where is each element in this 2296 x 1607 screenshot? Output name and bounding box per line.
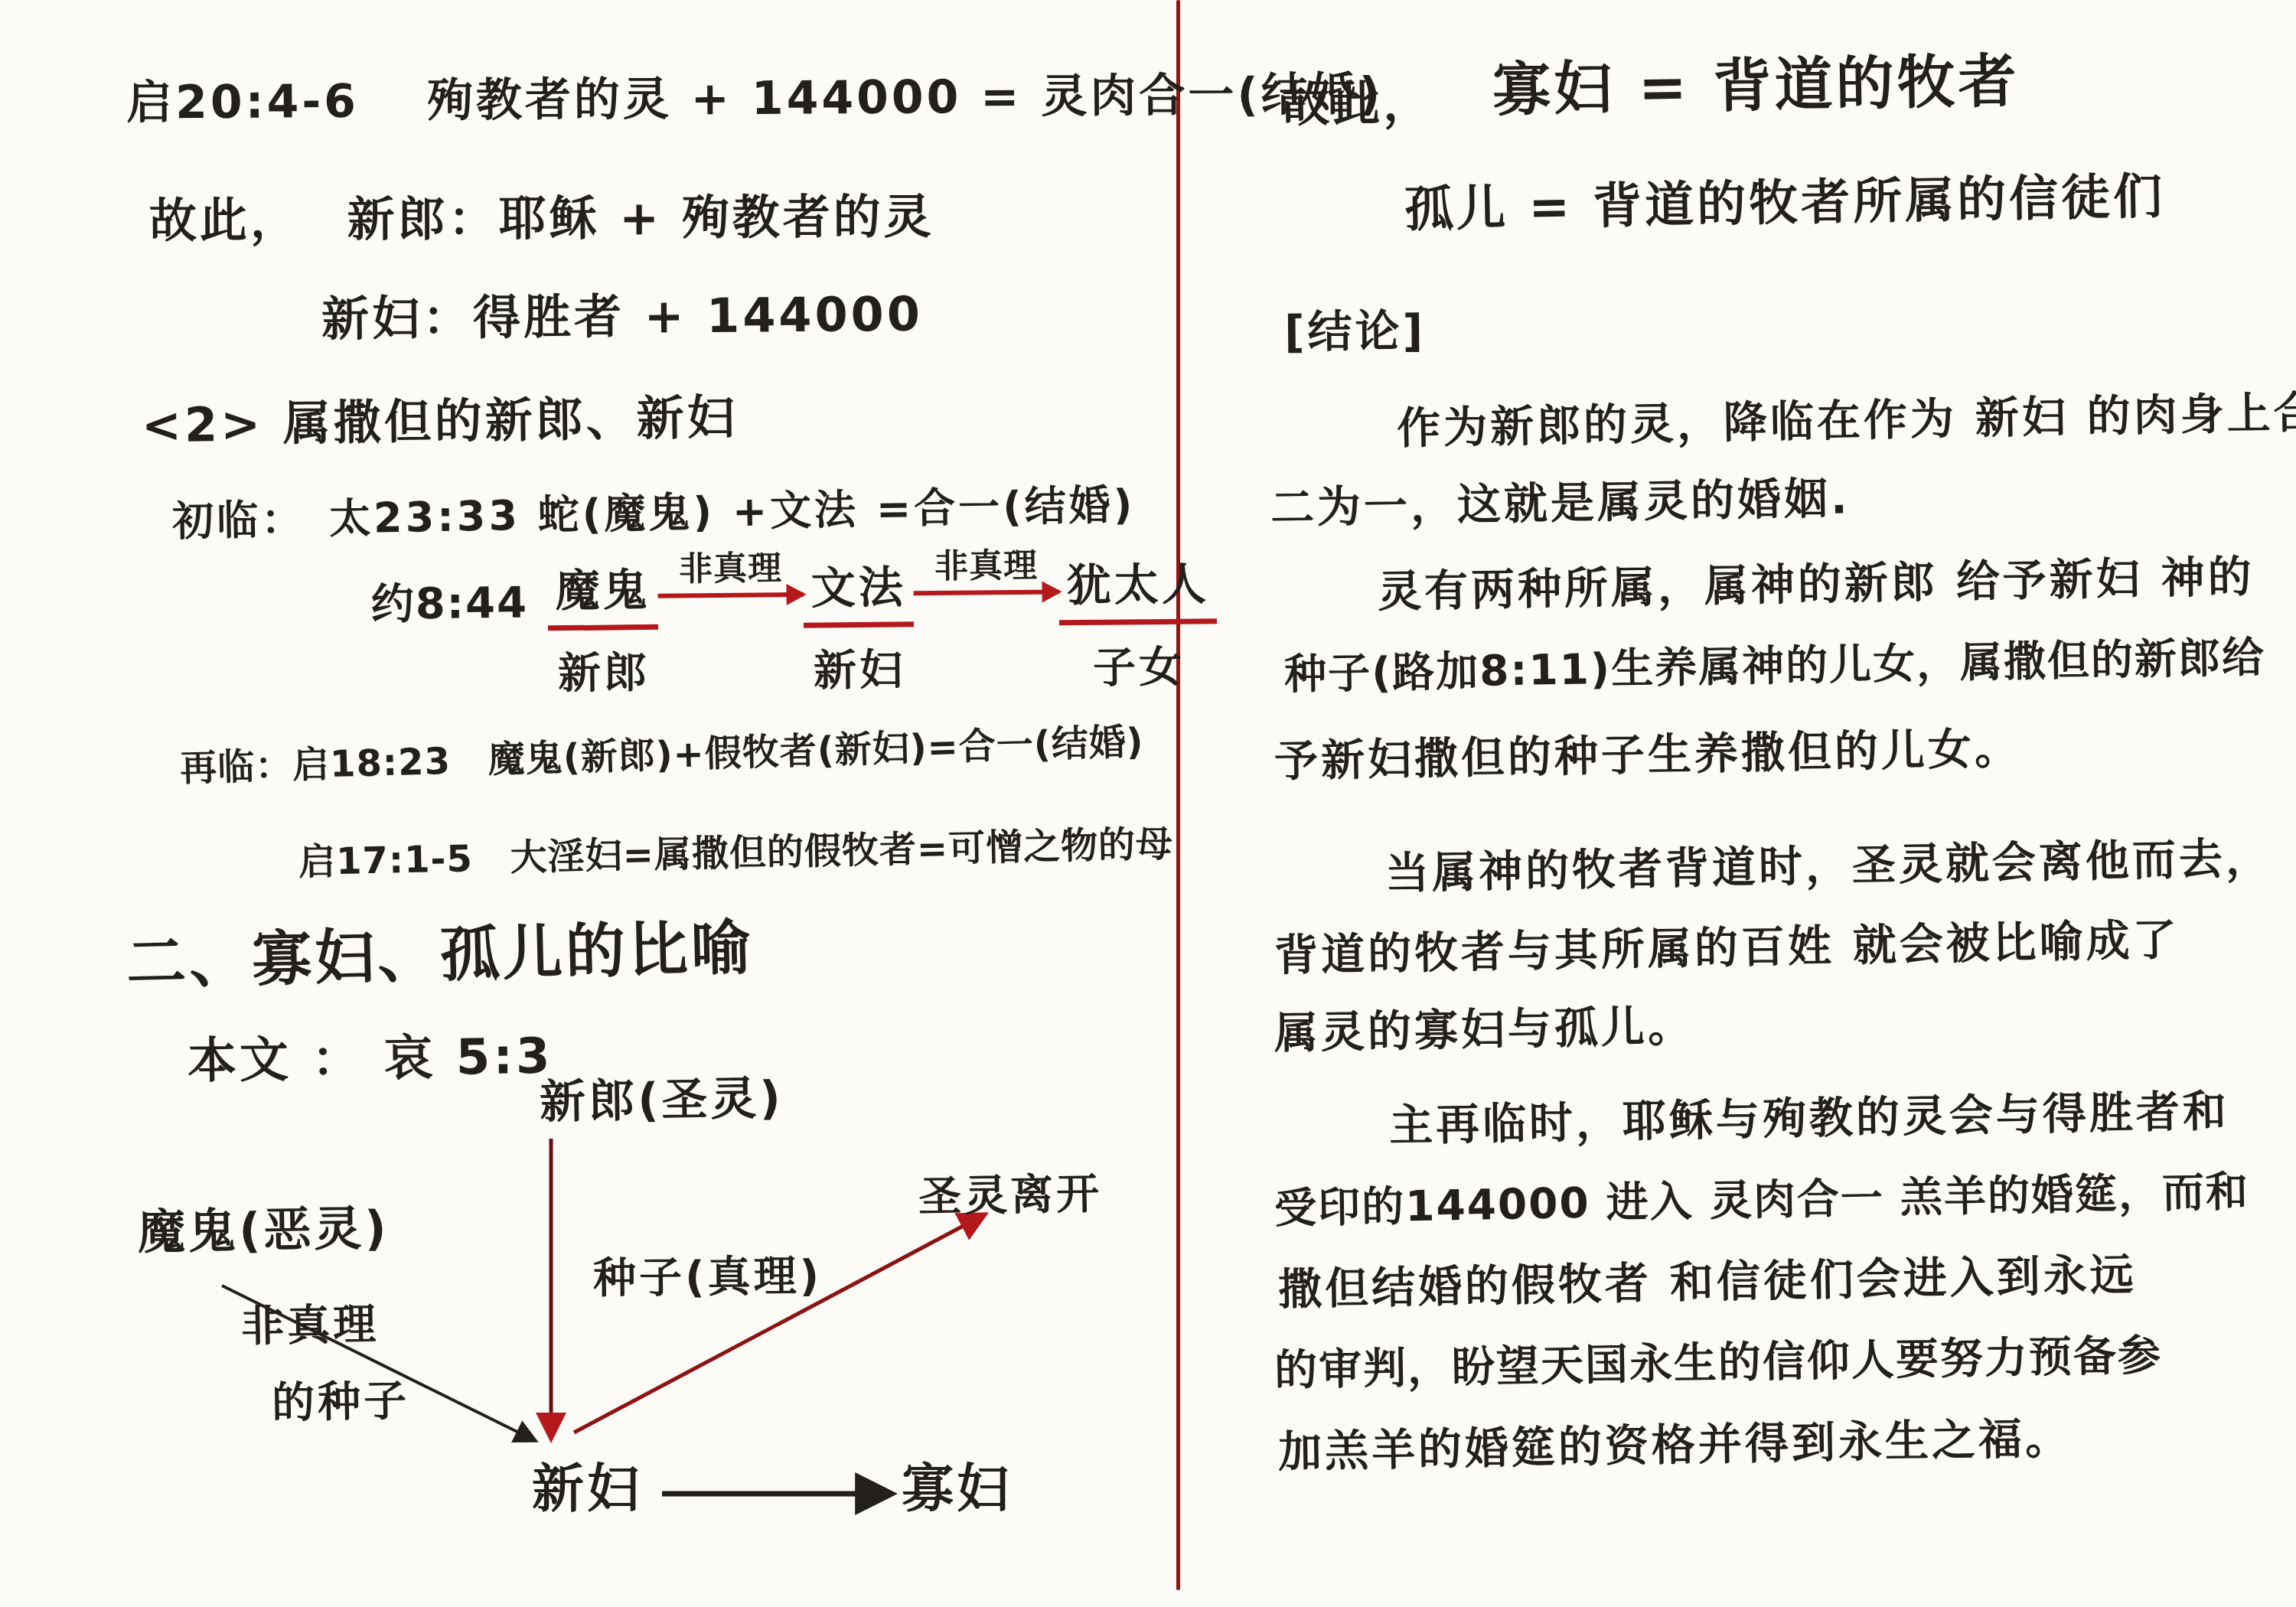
diagram-seed-truth-label: 种子(真理) [593, 1242, 823, 1305]
paragraph-line: 主再临时，耶稣与殉教的灵会与得胜者和 [1389, 1087, 2230, 1152]
conclusion-label: [结论] [1284, 305, 1427, 357]
right-arrow-icon [658, 592, 804, 598]
diagram-non-truth-label-1: 非真理 [240, 1290, 379, 1354]
handwritten-notes-page: 启20:4-6 殉教者的灵 + 144000 = 灵肉合一(结婚) 故此， 新郎… [0, 0, 2296, 1607]
paragraph-line: 二为一，这就是属灵的婚姻. [1270, 474, 1851, 534]
bride-widow-diagram: 新郎(圣灵) 魔鬼(恶灵) 种子(真理) 非真理 的种子 圣灵离开 新妇 寡妇 [115, 1056, 1179, 1599]
conclusion-orphan-equation: 孤儿 = 背道的牧者所属的信徒们 [1404, 169, 2165, 239]
flow-node-devil: 魔鬼 新郎 [547, 554, 659, 701]
flow-children-label: 子女 [1092, 624, 1185, 696]
flow-jews-label: 犹太人 [1058, 548, 1217, 625]
flow-bridegroom-label: 新郎 [557, 630, 650, 701]
paragraph-line: 灵有两种所属，属神的新郎 给予新妇 神的 [1378, 553, 2255, 618]
flow-scribes-label: 文法 [803, 551, 914, 628]
note-line-second-coming: 再临：启18:23 魔鬼(新郎)+假牧者(新妇)=合一(结婚) [179, 721, 1144, 790]
diagram-non-truth-label-2: 的种子 [271, 1367, 409, 1430]
section2-heading: 二、寡妇、孤儿的比喻 [126, 914, 755, 999]
flow-arrow-1: 非真理 [658, 592, 804, 598]
paragraph-line: 受印的144000 进入 灵肉合一 羔羊的婚筵，而和 [1274, 1168, 2250, 1233]
flow-node-scribes: 文法 新妇 [803, 551, 915, 698]
flow-arrow-2-label: 非真理 [913, 537, 1059, 588]
note-line-bride: 新妇：得胜者 + 144000 [321, 287, 924, 347]
paragraph-line: 作为新郎的灵，降临在作为 新妇 的肉身上合 [1397, 388, 2296, 455]
note-line-first-coming: 初临： 太23:33 蛇(魔鬼) +文法 =合一(结婚) [172, 481, 1136, 546]
note-line-therefore-bridegroom: 故此， 新郎：耶稣 + 殉教者的灵 [149, 189, 934, 248]
conclusion-therefore: 故此， [1281, 75, 1433, 132]
diagram-devil-label: 魔鬼(恶灵) [137, 1190, 390, 1263]
paragraph-line: 的审判，盼望天国永生的信仰人要努力预备参 [1274, 1332, 2163, 1397]
paragraph-line: 予新妇撒但的种子生养撒但的儿女。 [1274, 724, 2022, 787]
right-arrow-icon [914, 589, 1059, 595]
note-line-rev17: 启17:1-5 大淫妇=属撒但的假牧者=可憎之物的母 [298, 823, 1174, 884]
flow-arrow-1-label: 非真理 [657, 540, 804, 591]
flow-arrow-2: 非真理 [914, 589, 1059, 595]
paragraph-line: 当属神的牧者背道时，圣灵就会离他而去， [1385, 834, 2273, 900]
flow-bride-label: 新妇 [813, 627, 905, 698]
note-line-rev20: 启20:4-6 殉教者的灵 + 144000 = 灵肉合一(结婚) [126, 68, 1384, 129]
conclusion-widow-equation: 寡妇 = 背道的牧者 [1492, 47, 2020, 123]
paragraph-line: 种子(路加8:11)生养属神的儿女，属撒但的新郎给 [1284, 634, 2266, 699]
paragraph-line: 撒但结婚的假牧者 和信徒们会进入到永远 [1278, 1250, 2138, 1315]
john844-reference: 约8:44 [370, 569, 528, 632]
paragraph-line: 加羔羊的婚筵的资格并得到永生之福。 [1278, 1414, 2073, 1478]
paragraph-line: 属灵的寡妇与孤儿。 [1274, 1002, 1694, 1059]
john844-flow-diagram: 约8:44 魔鬼 新郎 非真理 文法 新妇 非真理 犹太人 子女 [370, 548, 1218, 703]
diagram-bridegroom-label: 新郎(圣灵) [539, 1061, 784, 1132]
diagram-bride-label: 新妇 [532, 1448, 642, 1522]
note-heading-satan-bridegroom: <2> 属撒但的新郎、新妇 [142, 390, 739, 453]
flow-devil-label: 魔鬼 [547, 554, 658, 631]
flow-node-jews: 犹太人 子女 [1058, 548, 1218, 696]
diagram-widow-label: 寡妇 [902, 1448, 1012, 1522]
diagram-spirit-leaves-label: 圣灵离开 [918, 1160, 1102, 1224]
paragraph-line: 背道的牧者与其所属的百姓 就会被比喻成了 [1274, 916, 2180, 982]
